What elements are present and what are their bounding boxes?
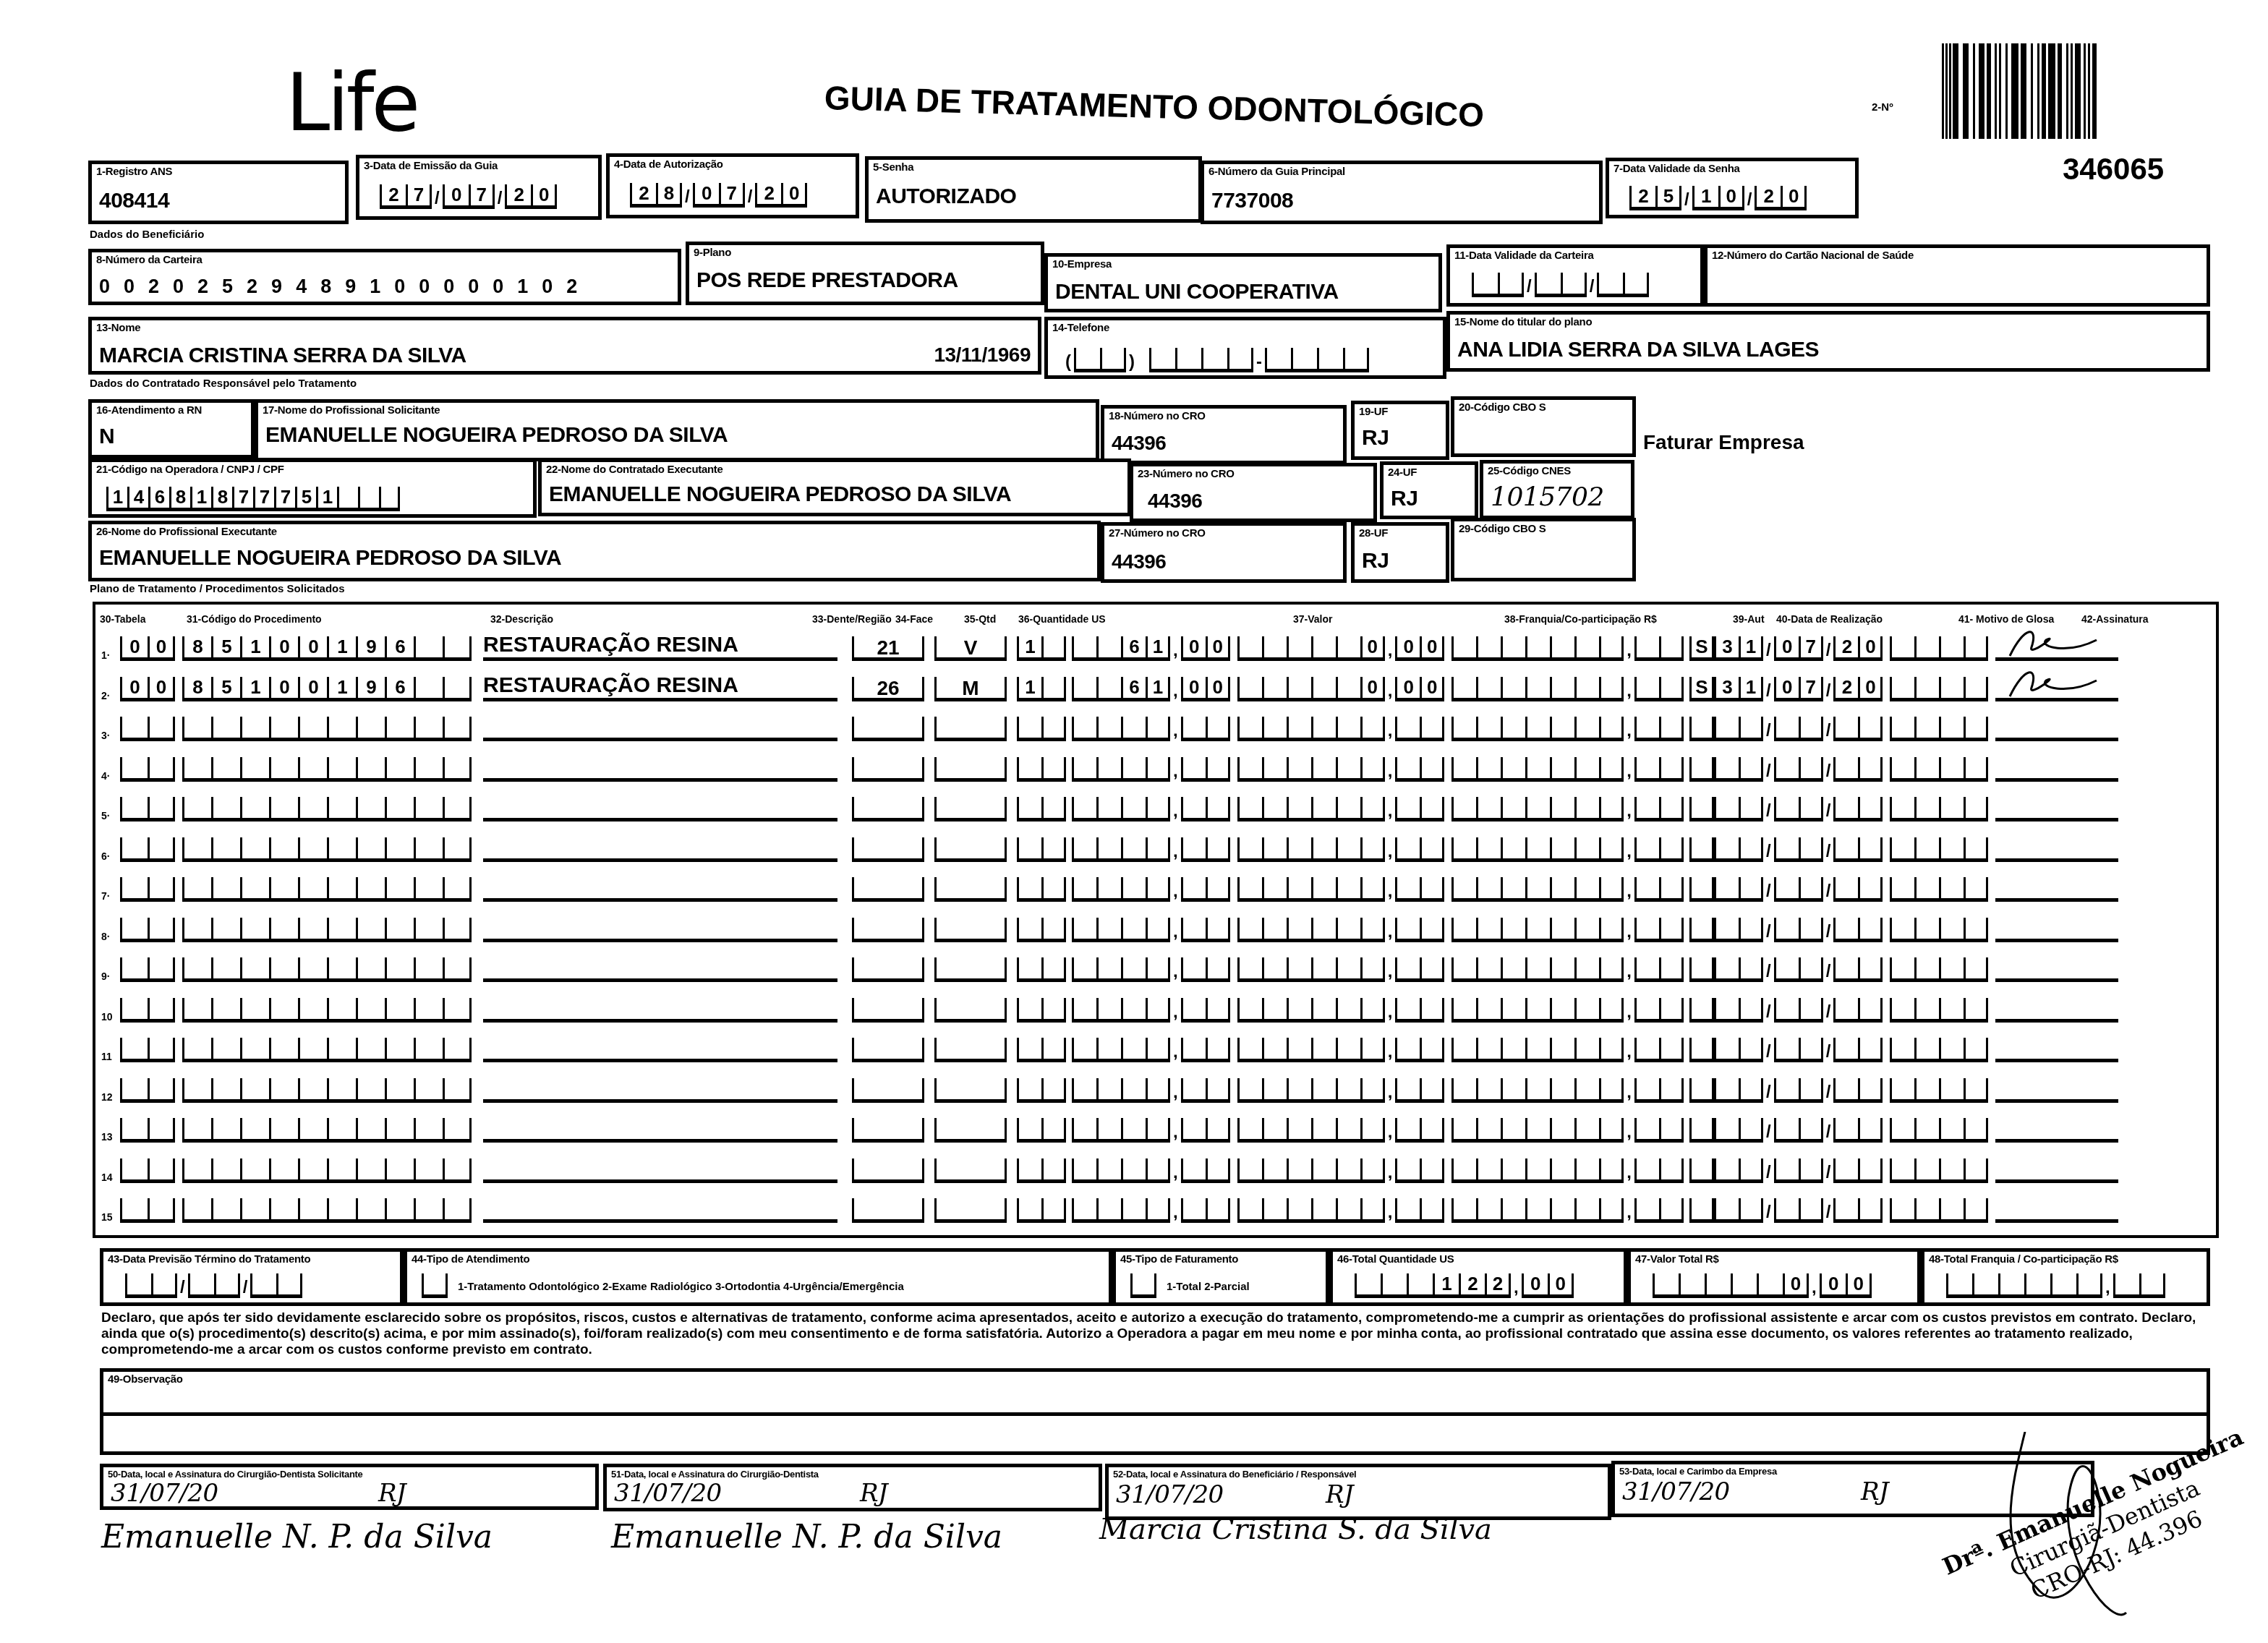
digit-cell[interactable]: [269, 1038, 298, 1062]
digit-cell[interactable]: [1799, 1198, 1823, 1223]
digit-cell[interactable]: [1451, 717, 1476, 741]
digit-cell[interactable]: [1739, 1118, 1763, 1143]
digit-cell[interactable]: [148, 1118, 175, 1143]
digit-cell[interactable]: [1262, 1038, 1287, 1062]
digit-cell[interactable]: [1476, 1158, 1501, 1183]
digit-cell[interactable]: [443, 1198, 472, 1223]
digit-cell[interactable]: [1890, 717, 1914, 741]
digit-cell[interactable]: [385, 957, 414, 982]
digit-cell[interactable]: [298, 1038, 327, 1062]
digit-cell[interactable]: [1659, 1038, 1684, 1062]
digit-cell[interactable]: [1096, 717, 1121, 741]
digit-cell[interactable]: [1360, 757, 1385, 782]
digit-cell[interactable]: [1287, 998, 1311, 1023]
digit-cell[interactable]: [1146, 717, 1170, 741]
digit-cell[interactable]: [1550, 717, 1574, 741]
digit-cell[interactable]: [356, 1038, 385, 1062]
digit-cell[interactable]: [120, 797, 148, 821]
digit-cell[interactable]: [1420, 998, 1444, 1023]
tooth-region-field[interactable]: 26: [852, 677, 924, 701]
digit-cell[interactable]: [1237, 998, 1262, 1023]
digit-cell[interactable]: [1072, 877, 1096, 902]
digit-cell[interactable]: [1451, 1078, 1476, 1103]
digit-cell[interactable]: [1799, 837, 1823, 862]
digit-cell[interactable]: [1659, 1158, 1684, 1183]
digit-cell[interactable]: [148, 717, 175, 741]
atendimento-rn-field[interactable]: 16-Atendimento a RN N: [88, 399, 255, 458]
digit-cell[interactable]: [120, 1198, 148, 1223]
cro-executante-field[interactable]: 27-Número no CRO 44396: [1101, 522, 1347, 583]
digit-cell[interactable]: [182, 957, 211, 982]
description-field[interactable]: RESTAURAÇÃO RESINA: [483, 677, 837, 701]
digit-cell[interactable]: [298, 757, 327, 782]
signature-51-field[interactable]: 51-Data, local e Assinatura do Cirurgião…: [603, 1464, 1102, 1511]
digit-cell[interactable]: [1206, 957, 1230, 982]
digit-cell[interactable]: [1206, 717, 1230, 741]
digit-cell[interactable]: [1041, 1118, 1066, 1143]
digit-cell[interactable]: [1939, 1038, 1964, 1062]
digit-cell[interactable]: [1634, 1198, 1659, 1223]
digit-cell[interactable]: [1262, 837, 1287, 862]
digit-cell[interactable]: [1336, 1078, 1360, 1103]
digit-cell[interactable]: [211, 717, 240, 741]
digit-cell[interactable]: [1451, 636, 1476, 661]
digit-cell[interactable]: [240, 757, 269, 782]
digit-cell[interactable]: [327, 998, 356, 1023]
digit-cell[interactable]: [182, 877, 211, 902]
digit-cell[interactable]: [1017, 1198, 1041, 1223]
digit-cell[interactable]: [1634, 998, 1659, 1023]
digit-cell[interactable]: [385, 1038, 414, 1062]
digit-cell[interactable]: [1574, 636, 1599, 661]
digit-cell[interactable]: [1181, 1038, 1206, 1062]
tooth-region-field[interactable]: [852, 877, 924, 902]
digit-cell[interactable]: [1336, 957, 1360, 982]
digit-cell[interactable]: [1146, 998, 1170, 1023]
tooth-region-field[interactable]: [852, 757, 924, 782]
signature-field[interactable]: [1995, 677, 2118, 701]
digit-cell[interactable]: [148, 877, 175, 902]
digit-cell[interactable]: [1395, 1198, 1420, 1223]
digit-cell[interactable]: 0: [120, 636, 148, 661]
digit-cell[interactable]: 1: [1146, 636, 1170, 661]
digit-cell[interactable]: [1360, 918, 1385, 942]
digit-cell[interactable]: [1121, 957, 1146, 982]
digit-cell[interactable]: [1599, 957, 1624, 982]
digit-cell[interactable]: [1799, 918, 1823, 942]
digit-cell[interactable]: [1121, 1118, 1146, 1143]
digit-cell[interactable]: [1914, 636, 1939, 661]
digit-cell[interactable]: [1774, 918, 1799, 942]
digit-cell[interactable]: [1799, 797, 1823, 821]
digit-cell[interactable]: 0: [1206, 677, 1230, 701]
digit-cell[interactable]: [1206, 1158, 1230, 1183]
digit-cell[interactable]: [1914, 957, 1939, 982]
digit-cell[interactable]: 0: [1774, 677, 1799, 701]
digit-cell[interactable]: [1833, 877, 1858, 902]
digit-cell[interactable]: 0: [1181, 677, 1206, 701]
digit-cell[interactable]: [385, 877, 414, 902]
digit-cell[interactable]: [1476, 797, 1501, 821]
digit-cell[interactable]: [1121, 837, 1146, 862]
digit-cell[interactable]: [1774, 1078, 1799, 1103]
digit-cell[interactable]: [1890, 1198, 1914, 1223]
digit-cell[interactable]: [1420, 717, 1444, 741]
digit-cell[interactable]: [356, 877, 385, 902]
digit-cell[interactable]: [356, 918, 385, 942]
digit-cell[interactable]: [1181, 1198, 1206, 1223]
digit-cell[interactable]: [120, 1158, 148, 1183]
digit-cell[interactable]: [1360, 877, 1385, 902]
digit-cell[interactable]: [148, 957, 175, 982]
signature-52-field[interactable]: 52-Data, local e Assinatura do Beneficiá…: [1105, 1464, 1611, 1520]
digit-cell[interactable]: [1689, 717, 1714, 741]
digit-cell[interactable]: [298, 1158, 327, 1183]
digit-cell[interactable]: [1072, 998, 1096, 1023]
digit-cell[interactable]: [1964, 797, 1988, 821]
digit-cell[interactable]: [211, 757, 240, 782]
digit-cell[interactable]: [211, 837, 240, 862]
digit-cell[interactable]: [1714, 797, 1739, 821]
digit-cell[interactable]: [1072, 717, 1096, 741]
digit-cell[interactable]: [1964, 757, 1988, 782]
digit-cell[interactable]: [1914, 1158, 1939, 1183]
digit-cell[interactable]: [1739, 1158, 1763, 1183]
digit-cell[interactable]: [1206, 1118, 1230, 1143]
digit-cell[interactable]: 3: [1714, 677, 1739, 701]
digit-cell[interactable]: [443, 918, 472, 942]
digit-cell[interactable]: [1833, 717, 1858, 741]
observacao-field[interactable]: 49-Observação: [100, 1368, 2210, 1455]
digit-cell[interactable]: [1121, 1158, 1146, 1183]
digit-cell[interactable]: [1451, 1198, 1476, 1223]
digit-cell[interactable]: [120, 717, 148, 741]
digit-cell[interactable]: [1311, 677, 1336, 701]
digit-cell[interactable]: [1774, 1118, 1799, 1143]
digit-cell[interactable]: [1181, 998, 1206, 1023]
digit-cell[interactable]: [414, 1118, 443, 1143]
digit-cell[interactable]: [182, 1198, 211, 1223]
digit-cell[interactable]: [1311, 998, 1336, 1023]
digit-cell[interactable]: [1072, 837, 1096, 862]
digit-cell[interactable]: [1181, 1118, 1206, 1143]
digit-cell[interactable]: [1890, 957, 1914, 982]
digit-cell[interactable]: 1: [1739, 677, 1763, 701]
digit-cell[interactable]: [385, 918, 414, 942]
digit-cell[interactable]: [1451, 677, 1476, 701]
digit-cell[interactable]: [269, 957, 298, 982]
digit-cell[interactable]: [1146, 1118, 1170, 1143]
digit-cell[interactable]: [298, 1118, 327, 1143]
signature-field[interactable]: [1995, 1118, 2118, 1143]
digit-cell[interactable]: [1634, 636, 1659, 661]
digit-cell[interactable]: [1964, 1198, 1988, 1223]
digit-cell[interactable]: S: [1689, 677, 1714, 701]
digit-cell[interactable]: [1774, 797, 1799, 821]
digit-cell[interactable]: 0: [1395, 677, 1420, 701]
digit-cell[interactable]: [1833, 837, 1858, 862]
digit-cell[interactable]: [1072, 797, 1096, 821]
cnes-field[interactable]: 25-Código CNES 1015702: [1480, 460, 1634, 519]
digit-cell[interactable]: [1311, 1038, 1336, 1062]
digit-cell[interactable]: [1041, 1198, 1066, 1223]
digit-cell[interactable]: [1599, 717, 1624, 741]
digit-cell[interactable]: [1939, 677, 1964, 701]
digit-cell[interactable]: [356, 757, 385, 782]
digit-cell[interactable]: [1689, 797, 1714, 821]
digit-cell[interactable]: 6: [1121, 636, 1146, 661]
digit-cell[interactable]: [1501, 998, 1525, 1023]
digit-cell[interactable]: [1858, 757, 1883, 782]
digit-cell[interactable]: [1525, 757, 1550, 782]
digit-cell[interactable]: [1017, 1078, 1041, 1103]
digit-cell[interactable]: [1420, 877, 1444, 902]
digit-cell[interactable]: [1360, 1198, 1385, 1223]
digit-cell[interactable]: [1599, 1158, 1624, 1183]
digit-cell[interactable]: [1262, 757, 1287, 782]
uf-solicitante-field[interactable]: 19-UF RJ: [1351, 401, 1449, 460]
digit-cell[interactable]: [1311, 1198, 1336, 1223]
digit-cell[interactable]: 2: [1833, 677, 1858, 701]
digit-cell[interactable]: [1525, 797, 1550, 821]
digit-cell[interactable]: [211, 797, 240, 821]
digit-cell[interactable]: [240, 1078, 269, 1103]
digit-cell[interactable]: [1237, 1158, 1262, 1183]
digit-cell[interactable]: [414, 837, 443, 862]
digit-cell[interactable]: [1287, 957, 1311, 982]
digit-cell[interactable]: [1096, 998, 1121, 1023]
face-field[interactable]: [934, 1118, 1007, 1143]
digit-cell[interactable]: [1858, 918, 1883, 942]
digit-cell[interactable]: [1774, 1158, 1799, 1183]
titular-field[interactable]: 15-Nome do titular do plano ANA LIDIA SE…: [1446, 311, 2210, 372]
face-field[interactable]: [934, 877, 1007, 902]
description-field[interactable]: [483, 998, 837, 1023]
digit-cell[interactable]: [1360, 1038, 1385, 1062]
digit-cell[interactable]: [1833, 757, 1858, 782]
digit-cell[interactable]: [1525, 1078, 1550, 1103]
digit-cell[interactable]: [356, 1158, 385, 1183]
digit-cell[interactable]: 0: [1360, 677, 1385, 701]
digit-cell[interactable]: [1739, 998, 1763, 1023]
digit-cell[interactable]: [1096, 1158, 1121, 1183]
digit-cell[interactable]: [1181, 957, 1206, 982]
digit-cell[interactable]: [1739, 877, 1763, 902]
face-field[interactable]: [934, 1158, 1007, 1183]
digit-cell[interactable]: [1890, 1118, 1914, 1143]
digit-cell[interactable]: [1714, 717, 1739, 741]
digit-cell[interactable]: [1890, 877, 1914, 902]
total-franquia-field[interactable]: 48-Total Franquia / Co-participação R$ ,: [1921, 1248, 2210, 1306]
digit-cell[interactable]: [1501, 1078, 1525, 1103]
digit-cell[interactable]: [443, 717, 472, 741]
contratado-executante-field[interactable]: 22-Nome do Contratado Executante EMANUEL…: [538, 458, 1131, 516]
digit-cell[interactable]: [1634, 1158, 1659, 1183]
digit-cell[interactable]: 3: [1714, 636, 1739, 661]
digit-cell[interactable]: 1: [1017, 677, 1041, 701]
digit-cell[interactable]: [1914, 757, 1939, 782]
digit-cell[interactable]: [1017, 1118, 1041, 1143]
digit-cell[interactable]: [1395, 957, 1420, 982]
digit-cell[interactable]: [443, 1118, 472, 1143]
digit-cell[interactable]: [1599, 677, 1624, 701]
digit-cell[interactable]: [1550, 1038, 1574, 1062]
digit-cell[interactable]: [1964, 998, 1988, 1023]
digit-cell[interactable]: 7: [1799, 677, 1823, 701]
digit-cell[interactable]: [1311, 837, 1336, 862]
digit-cell[interactable]: [1525, 998, 1550, 1023]
digit-cell[interactable]: [1360, 1118, 1385, 1143]
digit-cell[interactable]: [1858, 877, 1883, 902]
digit-cell[interactable]: [1451, 877, 1476, 902]
digit-cell[interactable]: [1360, 957, 1385, 982]
digit-cell[interactable]: [1574, 677, 1599, 701]
digit-cell[interactable]: [1451, 1158, 1476, 1183]
digit-cell[interactable]: [182, 1158, 211, 1183]
digit-cell[interactable]: [1336, 717, 1360, 741]
digit-cell[interactable]: [327, 1118, 356, 1143]
digit-cell[interactable]: [1634, 957, 1659, 982]
description-field[interactable]: [483, 1198, 837, 1223]
digit-cell[interactable]: [1287, 717, 1311, 741]
digit-cell[interactable]: [1395, 998, 1420, 1023]
digit-cell[interactable]: [1287, 1158, 1311, 1183]
digit-cell[interactable]: [1206, 797, 1230, 821]
digit-cell[interactable]: [1833, 1038, 1858, 1062]
digit-cell[interactable]: [1121, 877, 1146, 902]
digit-cell[interactable]: [414, 1038, 443, 1062]
face-field[interactable]: [934, 1078, 1007, 1103]
digit-cell[interactable]: 1: [1017, 636, 1041, 661]
digit-cell[interactable]: [1939, 1078, 1964, 1103]
digit-cell[interactable]: [385, 1158, 414, 1183]
digit-cell[interactable]: [1858, 1038, 1883, 1062]
digit-cell[interactable]: [1550, 1158, 1574, 1183]
digit-cell[interactable]: [1739, 1078, 1763, 1103]
digit-cell[interactable]: [1121, 918, 1146, 942]
digit-cell[interactable]: [1501, 1158, 1525, 1183]
digit-cell[interactable]: [1550, 998, 1574, 1023]
digit-cell[interactable]: [327, 877, 356, 902]
digit-cell[interactable]: 0: [1858, 636, 1883, 661]
digit-cell[interactable]: [1914, 1078, 1939, 1103]
cro-solicitante-field[interactable]: 18-Número no CRO 44396: [1101, 405, 1347, 464]
digit-cell[interactable]: [1964, 1078, 1988, 1103]
digit-cell[interactable]: [1096, 636, 1121, 661]
digit-cell[interactable]: [1237, 1198, 1262, 1223]
digit-cell[interactable]: [298, 957, 327, 982]
digit-cell[interactable]: [327, 957, 356, 982]
digit-cell[interactable]: [1041, 1078, 1066, 1103]
digit-cell[interactable]: [1206, 918, 1230, 942]
digit-cell[interactable]: [385, 797, 414, 821]
digit-cell[interactable]: [1858, 797, 1883, 821]
digit-cell[interactable]: [1206, 1038, 1230, 1062]
digit-cell[interactable]: [1501, 1198, 1525, 1223]
digit-cell[interactable]: [1420, 918, 1444, 942]
digit-cell[interactable]: [356, 1118, 385, 1143]
digit-cell[interactable]: [1262, 918, 1287, 942]
digit-cell[interactable]: [1336, 1198, 1360, 1223]
digit-cell[interactable]: [1858, 957, 1883, 982]
digit-cell[interactable]: [1311, 636, 1336, 661]
digit-cell[interactable]: [1360, 797, 1385, 821]
digit-cell[interactable]: [1041, 797, 1066, 821]
digit-cell[interactable]: 1: [327, 636, 356, 661]
face-field[interactable]: [934, 1038, 1007, 1062]
digit-cell[interactable]: [1574, 837, 1599, 862]
digit-cell[interactable]: [1833, 998, 1858, 1023]
digit-cell[interactable]: [1858, 837, 1883, 862]
cartao-nacional-field[interactable]: 12-Número do Cartão Nacional de Saúde: [1704, 244, 2210, 307]
digit-cell[interactable]: [1311, 797, 1336, 821]
digit-cell[interactable]: [1799, 757, 1823, 782]
digit-cell[interactable]: [120, 877, 148, 902]
digit-cell[interactable]: [1360, 717, 1385, 741]
digit-cell[interactable]: [1890, 998, 1914, 1023]
tipo-atendimento-field[interactable]: 44-Tipo de Atendimento 1-Tratamento Odon…: [404, 1248, 1112, 1306]
codigo-operadora-field[interactable]: 21-Código na Operadora / CNPJ / CPF 1 4 …: [88, 458, 537, 518]
digit-cell[interactable]: [1206, 998, 1230, 1023]
digit-cell[interactable]: [443, 957, 472, 982]
digit-cell[interactable]: [1336, 677, 1360, 701]
digit-cell[interactable]: [1395, 918, 1420, 942]
digit-cell[interactable]: [1072, 1198, 1096, 1223]
digit-cell[interactable]: [1336, 918, 1360, 942]
digit-cell[interactable]: [1360, 837, 1385, 862]
digit-cell[interactable]: [1336, 757, 1360, 782]
digit-cell[interactable]: [1939, 918, 1964, 942]
description-field[interactable]: [483, 1158, 837, 1183]
digit-cell[interactable]: [1360, 1078, 1385, 1103]
digit-cell[interactable]: [1659, 797, 1684, 821]
digit-cell[interactable]: [1181, 918, 1206, 942]
digit-cell[interactable]: [1262, 717, 1287, 741]
digit-cell[interactable]: [1206, 1198, 1230, 1223]
digit-cell[interactable]: [1262, 877, 1287, 902]
digit-cell[interactable]: [1287, 1118, 1311, 1143]
digit-cell[interactable]: [1714, 1198, 1739, 1223]
digit-cell[interactable]: [1041, 918, 1066, 942]
digit-cell[interactable]: [1799, 1158, 1823, 1183]
digit-cell[interactable]: [120, 1118, 148, 1143]
digit-cell[interactable]: [1420, 957, 1444, 982]
digit-cell[interactable]: [1451, 957, 1476, 982]
digit-cell[interactable]: [1501, 717, 1525, 741]
digit-cell[interactable]: [1659, 877, 1684, 902]
digit-cell[interactable]: [1858, 1198, 1883, 1223]
digit-cell[interactable]: [443, 757, 472, 782]
digit-cell[interactable]: [298, 717, 327, 741]
digit-cell[interactable]: 0: [269, 636, 298, 661]
digit-cell[interactable]: [1017, 717, 1041, 741]
digit-cell[interactable]: [327, 1158, 356, 1183]
digit-cell[interactable]: [240, 797, 269, 821]
digit-cell[interactable]: [1964, 877, 1988, 902]
digit-cell[interactable]: [1146, 1078, 1170, 1103]
digit-cell[interactable]: [1451, 797, 1476, 821]
digit-cell[interactable]: [1395, 1038, 1420, 1062]
tooth-region-field[interactable]: [852, 1158, 924, 1183]
digit-cell[interactable]: [1599, 1078, 1624, 1103]
digit-cell[interactable]: [443, 998, 472, 1023]
digit-cell[interactable]: [1501, 677, 1525, 701]
digit-cell[interactable]: [1964, 717, 1988, 741]
digit-cell[interactable]: [1689, 1198, 1714, 1223]
digit-cell[interactable]: [1525, 1118, 1550, 1143]
description-field[interactable]: [483, 1118, 837, 1143]
digit-cell[interactable]: 0: [269, 677, 298, 701]
